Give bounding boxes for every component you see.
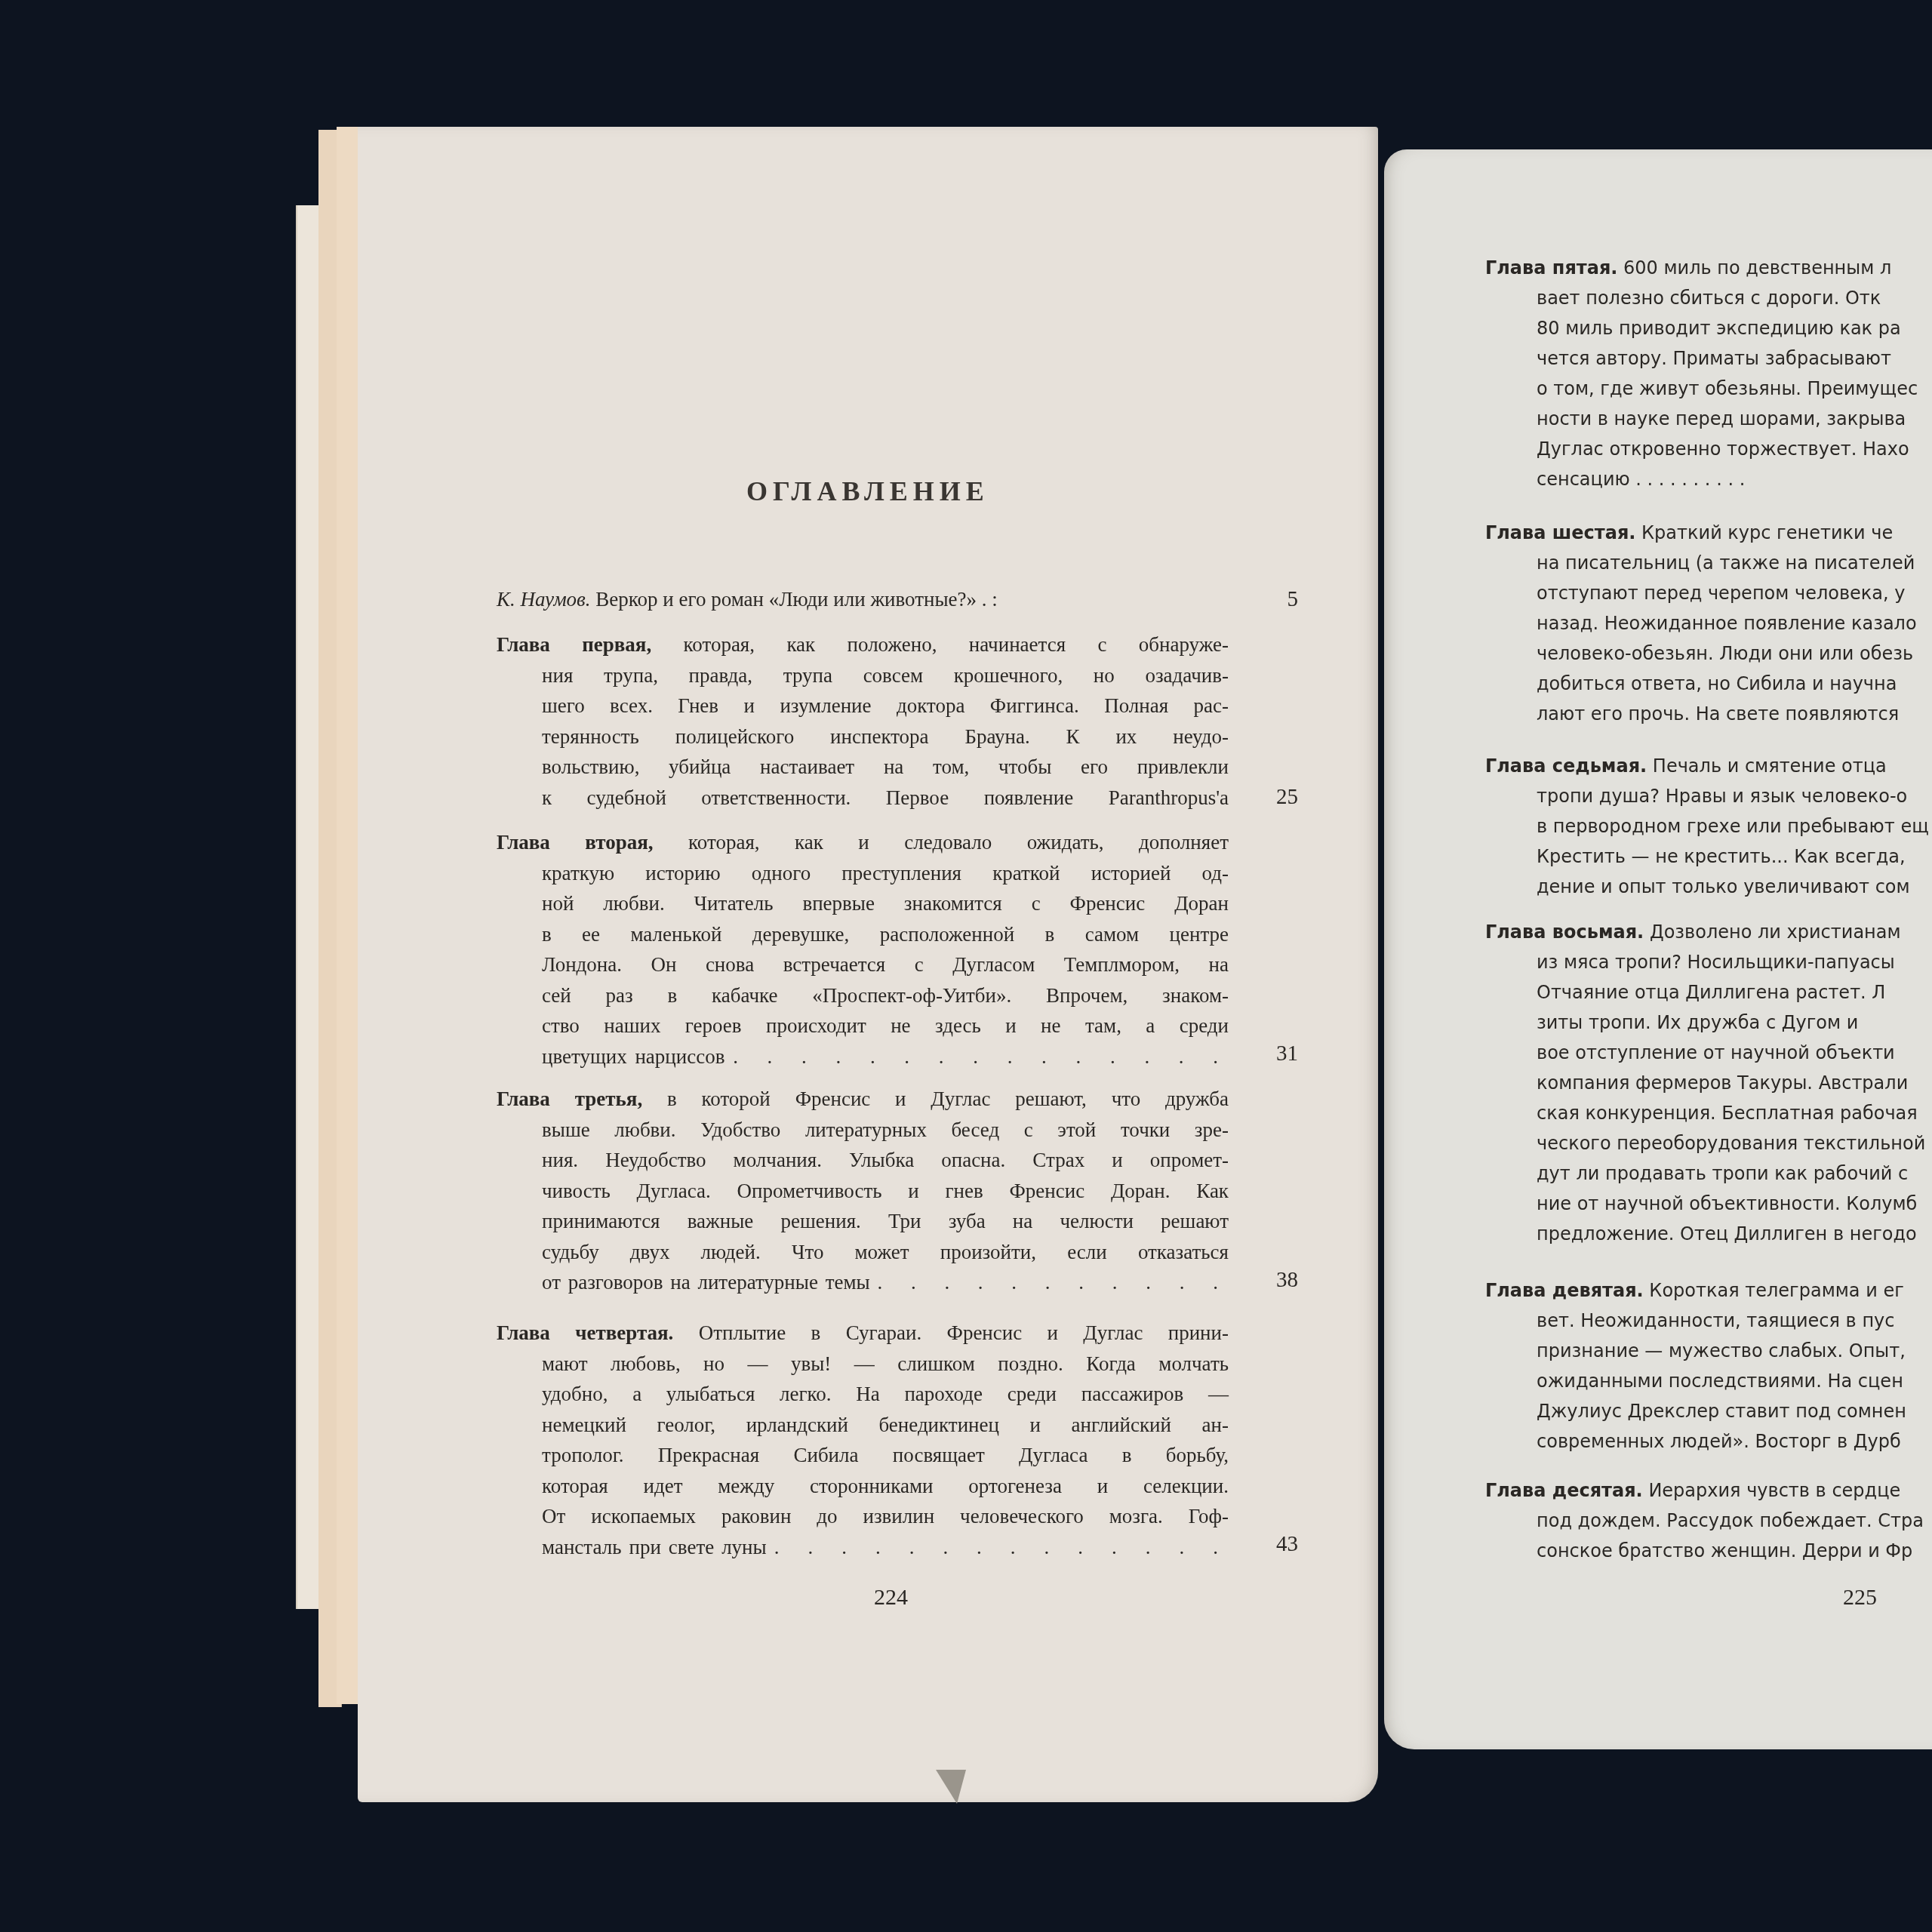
page-number: 43	[1245, 1532, 1298, 1557]
toc-entry-chapter-8: Глава восьмая. Дозволено ли христианам и…	[1485, 917, 1932, 1249]
toc-entry-chapter-5: Глава пятая. 600 миль по девственным л в…	[1485, 253, 1932, 494]
toc-entry-chapter-3: Глава третья, в которой Френсис и Дуглас…	[497, 1084, 1229, 1298]
folio-left: 224	[874, 1585, 908, 1611]
page-number: 31	[1245, 1041, 1298, 1066]
chapter-head: Глава первая,	[497, 633, 651, 656]
page-number: 5	[1245, 587, 1298, 612]
toc-entry-chapter-9: Глава девятая. Короткая телеграмма и ег …	[1485, 1275, 1932, 1457]
leader-dots: . . . . . . . . . . . . . .	[774, 1536, 1229, 1558]
folio-right: 225	[1843, 1585, 1877, 1611]
page-number: 38	[1245, 1268, 1298, 1293]
toc-entry-chapter-2: Глава вторая, которая, как и следовало о…	[497, 827, 1229, 1072]
chapter-head: Глава девятая.	[1485, 1280, 1644, 1301]
page-stack-edge	[337, 127, 360, 1704]
toc-entry-chapter-4: Глава четвертая. Отплытие в Сугараи. Фре…	[497, 1318, 1229, 1562]
chapter-head: Глава седьмая.	[1485, 755, 1647, 777]
leader-dots: . . . . . . . . . . . . . . .	[733, 1045, 1229, 1068]
chapter-head: Глава пятая.	[1485, 257, 1617, 278]
chapter-head: Глава восьмая.	[1485, 921, 1644, 943]
leader-dots: . . . . . . . . . . .	[877, 1271, 1229, 1294]
toc-entry-introduction: К. Наумов. Веркор и его роман «Люди или …	[497, 584, 1229, 615]
chapter-head: Глава третья,	[497, 1088, 642, 1110]
toc-entry-chapter-1: Глава первая, которая, как положено, нач…	[497, 629, 1229, 813]
entry-author: К. Наумов.	[497, 588, 591, 611]
page-number: 25	[1245, 785, 1298, 810]
page-title: ОГЛАВЛЕНИЕ	[358, 475, 1378, 507]
toc-line: К. Наумов. Веркор и его роман «Люди или …	[497, 584, 1229, 615]
toc-entry-chapter-6: Глава шестая. Краткий курс генетики че н…	[1485, 518, 1932, 729]
chapter-head: Глава десятая.	[1485, 1480, 1643, 1501]
chapter-head: Глава вторая,	[497, 831, 654, 854]
chapter-head: Глава шестая.	[1485, 522, 1635, 543]
chapter-head: Глава четвертая.	[497, 1321, 673, 1344]
toc-entry-chapter-10: Глава десятая. Иерархия чувств в сердце …	[1485, 1475, 1932, 1566]
toc-entry-chapter-7: Глава седьмая. Печаль и смятение отца тр…	[1485, 751, 1932, 902]
